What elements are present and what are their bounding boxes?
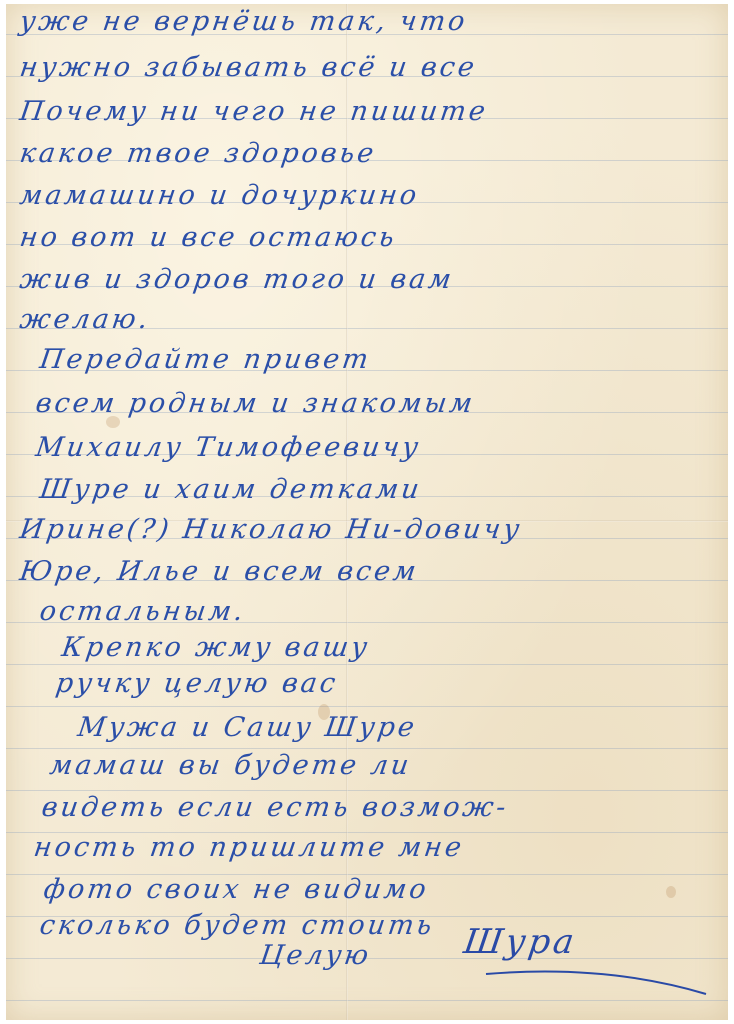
- letter-line: Передайте привет: [38, 344, 373, 375]
- letter-line: жив и здоров того и вам: [18, 264, 456, 295]
- letter-line: Мужа и Сашу Шуре: [76, 712, 419, 743]
- ruled-line: [6, 748, 728, 749]
- ruled-line: [6, 664, 728, 665]
- letter-line: но вот и все остаюсь: [18, 222, 399, 253]
- ruled-line: [6, 790, 728, 791]
- letter-line: ность то пришлите мне: [32, 832, 466, 863]
- letter-line: Михаилу Тимофеевичу: [34, 432, 423, 463]
- letter-line: желаю.: [18, 304, 153, 335]
- letter-line: мамашино и дочуркино: [18, 180, 422, 211]
- letter-line: мамаш вы будете ли: [48, 750, 414, 781]
- ruled-line: [6, 706, 728, 707]
- letter-line: Юре, Илье и всем всем: [18, 556, 421, 587]
- letter-line: сколько будет стоить: [38, 910, 437, 941]
- letter-line: какое твое здоровье: [18, 138, 379, 169]
- letter-line: ручку целую вас: [54, 668, 340, 699]
- letter-line: нужно забывать всё и все: [18, 52, 479, 83]
- letter-line: Шуре и хаим детками: [38, 474, 424, 505]
- letter-line: остальным.: [38, 596, 248, 627]
- letter-line: Почему ни чего не пишите: [18, 96, 490, 127]
- signature-flourish: [466, 944, 726, 1004]
- letter-line: видеть если есть возмож-: [40, 792, 511, 823]
- ink-stain: [666, 886, 676, 898]
- letter-line: уже не вернёшь так, что: [18, 6, 470, 37]
- letter-line: Ирине(?) Николаю Ни-довичу: [18, 514, 524, 545]
- letter-line: фото своих не видимо: [42, 874, 431, 905]
- letter-closing: Целую: [258, 940, 374, 971]
- letter-line: Крепко жму вашу: [60, 632, 372, 663]
- letter-sheet: уже не вернёшь так, что нужно забывать в…: [6, 4, 728, 1020]
- letter-line: всем родным и знакомым: [34, 388, 477, 419]
